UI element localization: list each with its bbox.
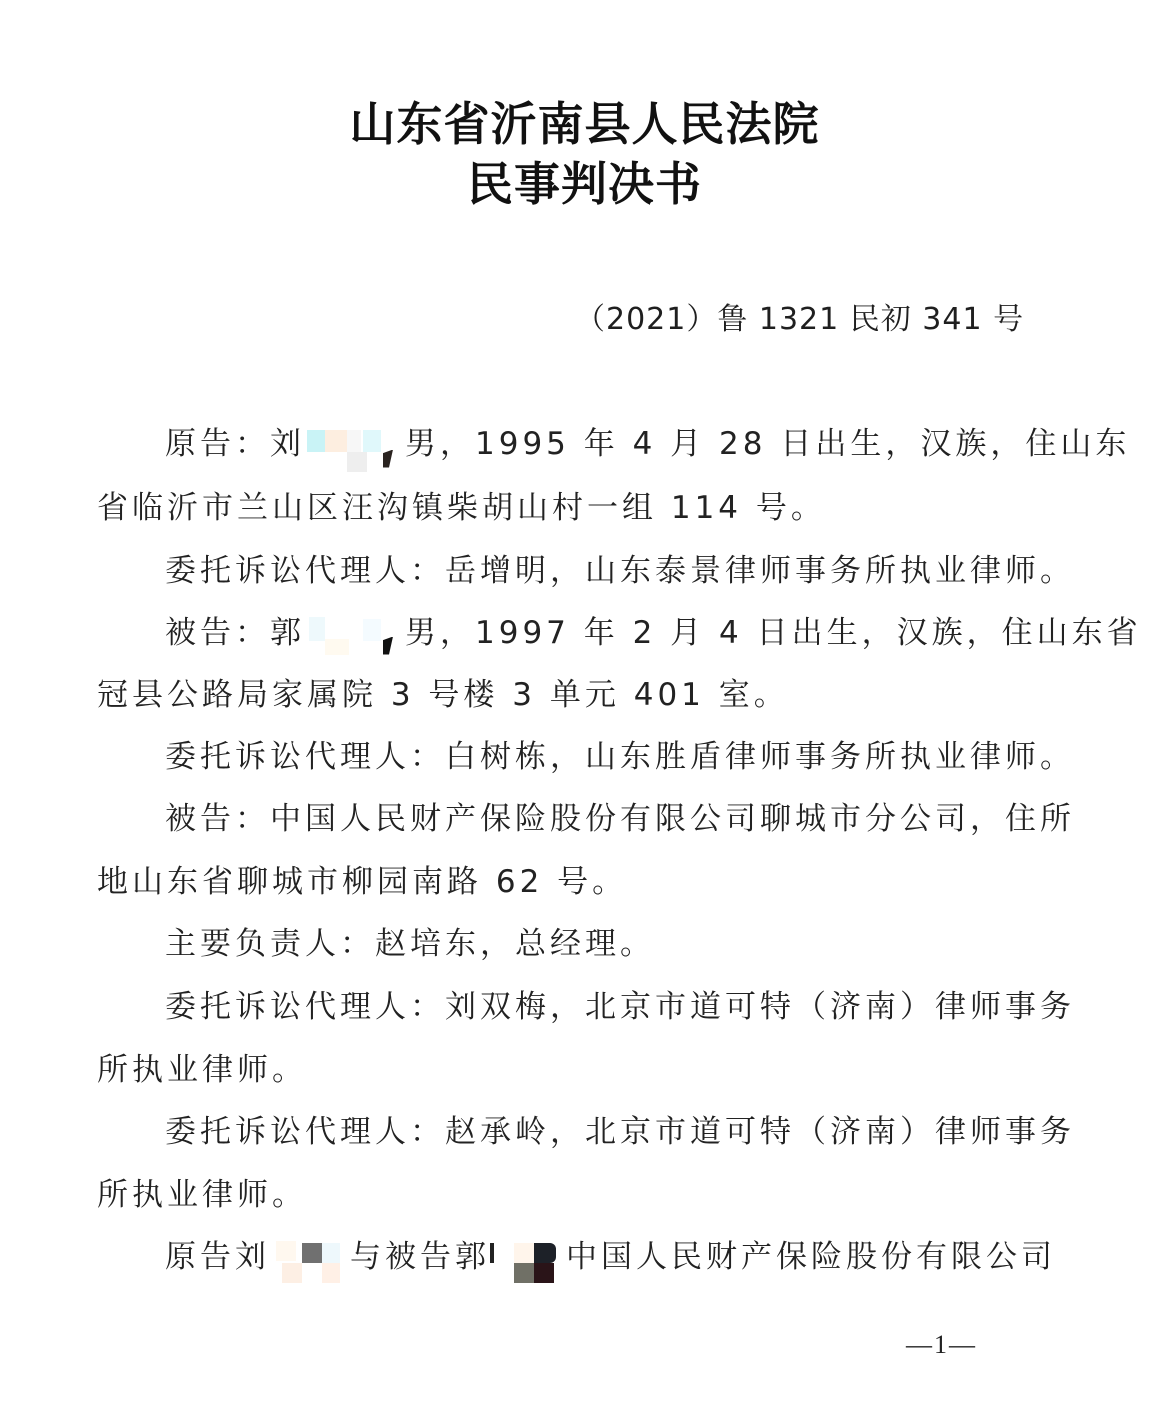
plaintiff-label: 原告：刘 <box>165 426 305 462</box>
defendant-2-head-line: 主要负责人：赵培东，总经理。 <box>165 924 655 964</box>
defendant-2-line-1: 被告：中国人民财产保险股份有限公司聊城市分公司，住所 <box>165 799 1075 839</box>
defendant-2-agent-1-line-2: 所执业律师。 <box>97 1050 307 1090</box>
judgment-document-page: 山东省沂南县人民法院 民事判决书 （2021）鲁 1321 民初 341 号 原… <box>0 0 1169 1411</box>
case-number: （2021）鲁 1321 民初 341 号 <box>575 294 1024 338</box>
plaintiff-agent-line: 委托诉讼代理人：岳增明，山东泰景律师事务所执业律师。 <box>165 551 1075 591</box>
defendant-2-agent-1-line-1: 委托诉讼代理人：刘双梅，北京市道可特（济南）律师事务 <box>165 987 1075 1027</box>
redacted-name-mosaic <box>305 617 405 653</box>
plaintiff-line-1: 原告：刘男，1995 年 4 月 28 日出生，汉族，住山东 <box>165 424 1130 464</box>
defendant-1-agent-line: 委托诉讼代理人：白树栋，山东胜盾律师事务所执业律师。 <box>165 737 1075 777</box>
redacted-name-mosaic <box>270 1241 350 1277</box>
document-type-title: 民事判决书 <box>0 156 1169 212</box>
defendant-1-line-2: 冠县公路局家属院 3 号楼 3 单元 401 室。 <box>97 675 789 715</box>
defendant-2-line-2: 地山东省聊城市柳园南路 62 号。 <box>97 862 627 902</box>
court-name-title: 山东省沂南县人民法院 <box>0 96 1169 152</box>
case-summary-part-3: 中国人民财产保险股份有限公司 <box>566 1239 1056 1275</box>
case-summary-part-2: 与被告郭 <box>350 1239 490 1275</box>
defendant-1-line-1: 被告：郭男，1997 年 2 月 4 日出生，汉族，住山东省 <box>165 613 1142 653</box>
defendant-1-details: 男，1997 年 2 月 4 日出生，汉族，住山东省 <box>405 615 1142 651</box>
plaintiff-details: 男，1995 年 4 月 28 日出生，汉族，住山东 <box>405 426 1130 462</box>
plaintiff-line-2: 省临沂市兰山区汪沟镇柴胡山村一组 114 号。 <box>97 488 826 528</box>
redacted-name-mosaic <box>305 428 405 464</box>
case-summary-line: 原告刘与被告郭中国人民财产保险股份有限公司 <box>165 1237 1056 1277</box>
case-summary-part-1: 原告刘 <box>165 1239 270 1275</box>
page-number: —1— <box>906 1330 977 1360</box>
redacted-name-mosaic <box>490 1241 566 1277</box>
defendant-2-agent-2-line-1: 委托诉讼代理人：赵承岭，北京市道可特（济南）律师事务 <box>165 1112 1075 1152</box>
defendant-2-agent-2-line-2: 所执业律师。 <box>97 1175 307 1215</box>
defendant-1-label: 被告：郭 <box>165 615 305 651</box>
